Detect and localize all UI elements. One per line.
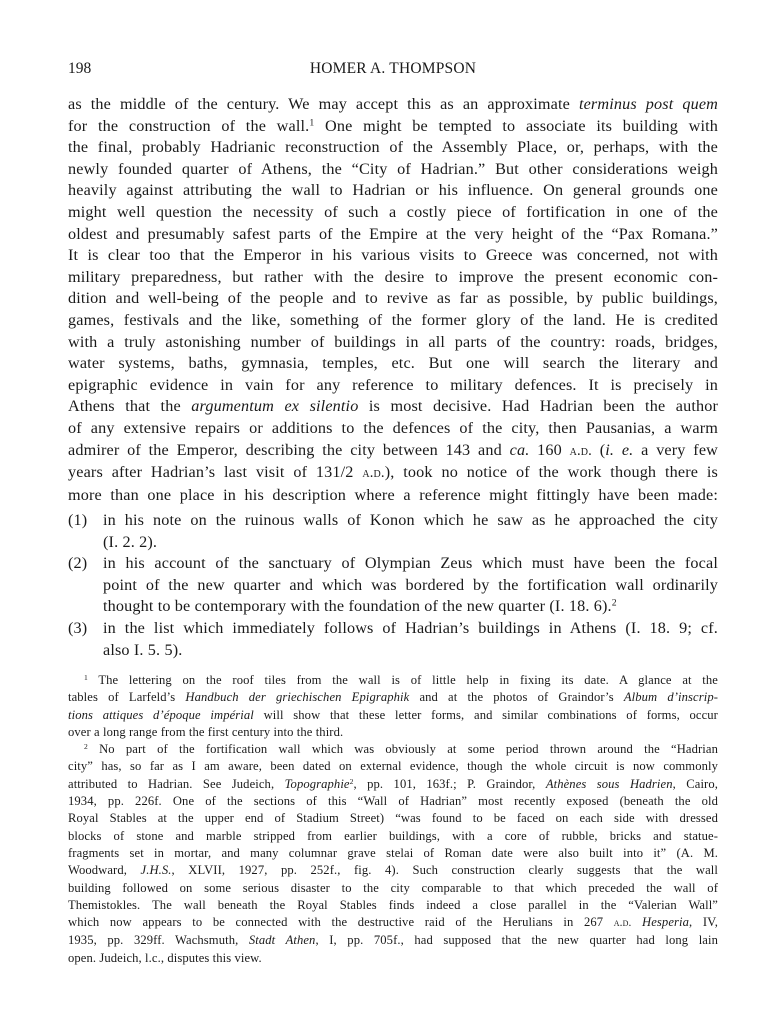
body-line: for the construction of the wall.1 One m… xyxy=(68,116,718,138)
body-line: epigraphic evidence in vain for any refe… xyxy=(68,375,718,397)
footnotes: 1 The lettering on the roof tiles from t… xyxy=(68,672,718,967)
body-line: as the middle of the century. We may acc… xyxy=(68,94,718,116)
list-number: (2) xyxy=(68,553,87,575)
list-item: (3) in the list which immediately follow… xyxy=(68,618,718,661)
body-line: water systems, baths, gymnasia, temples,… xyxy=(68,353,718,375)
body-line: dition and well-being of the people and … xyxy=(68,288,718,310)
body-line: with a truly astonishing number of build… xyxy=(68,332,718,354)
running-title: HOMER A. THOMPSON xyxy=(68,60,718,78)
body-line: oldest and presumably safest parts of th… xyxy=(68,224,718,246)
body-line: the final, probably Hadrianic reconstruc… xyxy=(68,137,718,159)
footnote-ref[interactable]: 2 xyxy=(612,598,617,609)
body-line: military preparedness, but rather with t… xyxy=(68,267,718,289)
body-line: It is clear too that the Emperor in his … xyxy=(68,245,718,267)
footnote-1: 1 The lettering on the roof tiles from t… xyxy=(68,672,718,741)
body-line: might well question the necessity of suc… xyxy=(68,202,718,224)
body-line: games, festivals and the like, something… xyxy=(68,310,718,332)
running-head: 198 HOMER A. THOMPSON xyxy=(68,60,718,80)
footnote-2: 2 No part of the fortification wall whic… xyxy=(68,741,718,967)
body-line: newly founded quarter of Athens, the “Ci… xyxy=(68,159,718,181)
numbered-list: (1) in his note on the ruinous walls of … xyxy=(68,510,718,661)
list-item: (1) in his note on the ruinous walls of … xyxy=(68,510,718,553)
list-number: (3) xyxy=(68,618,87,640)
body-line: more than one place in his description w… xyxy=(68,485,718,507)
body-line: Athens that the argumentum ex silentio i… xyxy=(68,396,718,418)
body-line: of any extensive repairs or additions to… xyxy=(68,418,718,440)
main-paragraph: as the middle of the century. We may acc… xyxy=(68,94,718,506)
list-number: (1) xyxy=(68,510,87,532)
list-item: (2) in his account of the sanctuary of O… xyxy=(68,553,718,618)
body-line: heavily against attributing the wall to … xyxy=(68,180,718,202)
body-line: years after Hadrian’s last visit of 131/… xyxy=(68,462,718,485)
body-line: admirer of the Emperor, describing the c… xyxy=(68,440,718,463)
